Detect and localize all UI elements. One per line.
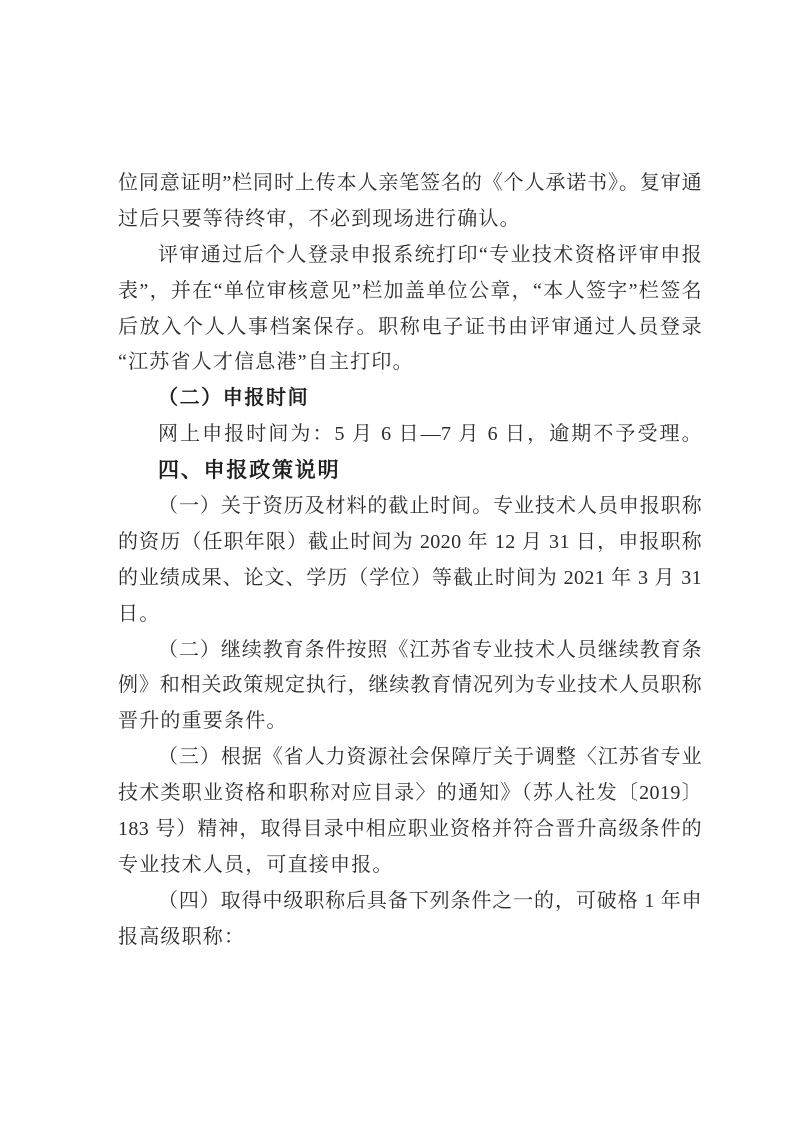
text-line: 183 号）精神，取得目录中相应职业资格并符合晋升高级条件的 bbox=[118, 812, 702, 848]
text-line: 日。 bbox=[118, 597, 702, 633]
text-line: 表”，并在“单位审核意见”栏加盖单位公章，“本人签字”栏签名 bbox=[118, 274, 702, 310]
text-line: 技术类职业资格和职称对应目录〉的通知》（苏人社发〔2019〕 bbox=[118, 776, 702, 812]
text-line: （三）根据《省人力资源社会保障厅关于调整〈江苏省专业 bbox=[118, 740, 702, 776]
text-line: （二）继续教育条件按照《江苏省专业技术人员继续教育条 bbox=[118, 633, 702, 669]
text-line: 晋升的重要条件。 bbox=[118, 704, 702, 740]
text-line: 网上申报时间为：5 月 6 日—7 月 6 日，逾期不予受理。 bbox=[118, 417, 702, 453]
text-line: 例》和相关政策规定执行，继续教育情况列为专业技术人员职称 bbox=[118, 668, 702, 704]
text-line: （四）取得中级职称后具备下列条件之一的，可破格 1 年申 bbox=[118, 884, 702, 920]
document-text-block: 位同意证明”栏同时上传本人亲笔签名的《个人承诺书》。复审通 过后只要等待终审，不… bbox=[118, 166, 702, 956]
text-line: 的业绩成果、论文、学历（学位）等截止时间为 2021 年 3 月 31 bbox=[118, 561, 702, 597]
text-line: “江苏省人才信息港”自主打印。 bbox=[118, 345, 702, 381]
text-line: 报高级职称： bbox=[118, 920, 702, 956]
text-line: 评审通过后个人登录申报系统打印“专业技术资格评审申报 bbox=[118, 238, 702, 274]
text-line: 位同意证明”栏同时上传本人亲笔签名的《个人承诺书》。复审通 bbox=[118, 166, 702, 202]
text-line: 过后只要等待终审，不必到现场进行确认。 bbox=[118, 202, 702, 238]
text-line: （一）关于资历及材料的截止时间。专业技术人员申报职称 bbox=[118, 489, 702, 525]
text-line: 专业技术人员，可直接申报。 bbox=[118, 848, 702, 884]
section-heading: 四、申报政策说明 bbox=[118, 453, 702, 489]
text-line: 的资历（任职年限）截止时间为 2020 年 12 月 31 日，申报职称 bbox=[118, 525, 702, 561]
section-heading: （二）申报时间 bbox=[118, 381, 702, 417]
scanned-document-page: 位同意证明”栏同时上传本人亲笔签名的《个人承诺书》。复审通 过后只要等待终审，不… bbox=[0, 0, 800, 1129]
text-line: 后放入个人人事档案保存。职称电子证书由评审通过人员登录 bbox=[118, 310, 702, 346]
